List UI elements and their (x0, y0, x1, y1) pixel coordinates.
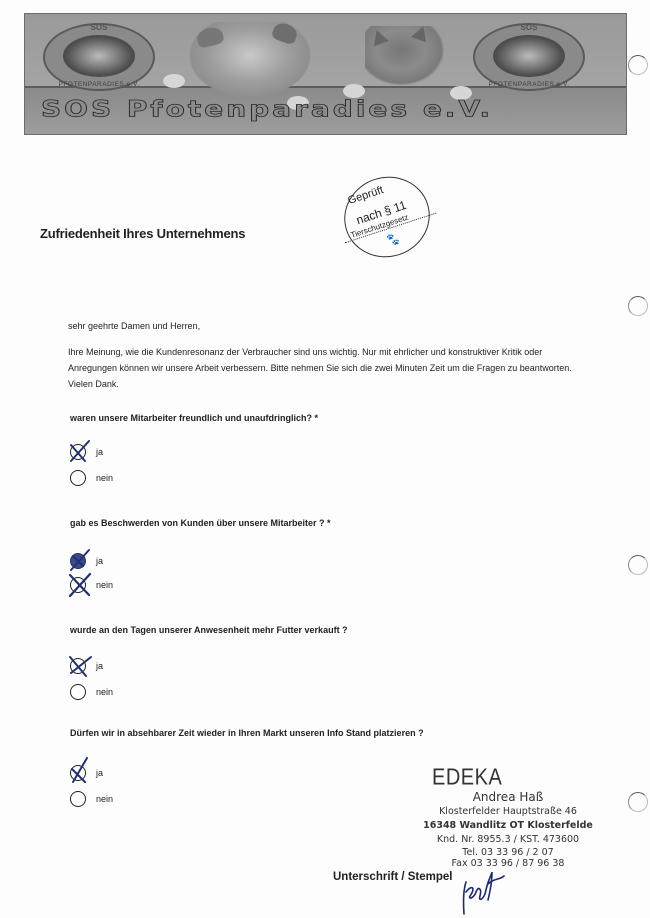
badge-top-text: SOS (475, 23, 583, 32)
question-1: waren unsere Mitarbeiter freundlich und … (70, 413, 318, 423)
option-label: ja (96, 447, 103, 457)
intro-line: Ihre Meinung, wie die Kundenresonanz der… (68, 344, 628, 360)
q1-option-ja[interactable]: ja (70, 443, 103, 461)
radio-circle[interactable] (70, 684, 86, 700)
q2-option-ja[interactable]: ja (70, 552, 103, 570)
intro-text: Ihre Meinung, wie die Kundenresonanz der… (68, 344, 628, 392)
form-title: Zufriedenheit Ihres Unternehmens (40, 226, 245, 241)
greeting: sehr geehrte Damen und Herren, (68, 318, 200, 334)
cross-mark-icon (67, 572, 93, 598)
punch-hole (628, 55, 648, 75)
punch-hole (628, 792, 648, 812)
logo-badge-right: SOS PFOTENPARADIES e.V. (473, 23, 585, 91)
intro-line: Anregungen können wir unsere Arbeit verb… (68, 360, 628, 376)
question-3: wurde an den Tagen unserer Anwesenheit m… (70, 625, 348, 635)
cross-mark-icon (67, 653, 93, 679)
punch-hole (628, 555, 648, 575)
q1-option-nein[interactable]: nein (70, 469, 113, 487)
store-phone: Tel. 03 33 96 / 2 07 (410, 847, 606, 858)
logo-badge-left: SOS PFOTENPARADIES e.V. (43, 23, 155, 91)
option-label: nein (96, 473, 113, 483)
radio-circle-scribbled[interactable] (70, 553, 86, 569)
store-contact-name: Andrea Haß (410, 790, 606, 804)
question-2: gab es Beschwerden von Kunden über unser… (70, 518, 331, 528)
q4-option-ja[interactable]: ja (70, 764, 103, 782)
store-fax: Fax 03 33 96 / 87 96 38 (410, 858, 606, 869)
question-4: Dürfen wir in absehbarer Zeit wieder in … (70, 728, 424, 738)
inspection-seal: Geprüft nach § 11 Tierschutzgesetz 🐾 (334, 166, 441, 269)
radio-circle[interactable] (70, 791, 86, 807)
option-label: ja (96, 556, 103, 566)
option-label: ja (96, 768, 103, 778)
check-cross-mark-icon (67, 760, 93, 786)
header-banner: SOS PFOTENPARADIES e.V. SOS PFOTENPARADI… (24, 13, 627, 135)
intro-line: Vielen Dank. (68, 376, 628, 392)
option-label: nein (96, 687, 113, 697)
option-label: nein (96, 580, 113, 590)
option-label: ja (96, 661, 103, 671)
q4-option-nein[interactable]: nein (70, 790, 113, 808)
globe-icon (63, 35, 135, 77)
radio-circle[interactable] (70, 765, 86, 781)
signature-label: Unterschrift / Stempel (333, 871, 453, 883)
badge-bottom-text: PFOTENPARADIES e.V. (475, 81, 583, 88)
seal-line1: Geprüft (346, 184, 385, 207)
store-city: 16348 Wandlitz OT Klosterfelde (410, 820, 606, 831)
handwritten-signature (458, 870, 508, 916)
organization-title: SOS Pfotenparadies e.V. (41, 96, 616, 122)
dog-paw (163, 74, 185, 88)
cross-mark-icon (67, 548, 93, 574)
cross-mark-icon (67, 439, 93, 465)
badge-top-text: SOS (45, 23, 153, 32)
store-customer-number: Knd. Nr. 8955.3 / KST. 473600 (410, 834, 606, 845)
q3-option-ja[interactable]: ja (70, 657, 103, 675)
radio-circle[interactable] (70, 444, 86, 460)
radio-circle[interactable] (70, 577, 86, 593)
q3-option-nein[interactable]: nein (70, 683, 113, 701)
globe-icon (493, 35, 565, 77)
store-brand: EDEKA (432, 765, 502, 791)
q2-option-nein[interactable]: nein (70, 576, 113, 594)
radio-circle[interactable] (70, 658, 86, 674)
paw-icon: 🐾 (386, 233, 400, 246)
punch-hole (628, 296, 648, 316)
store-street: Klosterfelder Hauptstraße 46 (410, 806, 606, 817)
radio-circle[interactable] (70, 470, 86, 486)
option-label: nein (96, 794, 113, 804)
badge-bottom-text: PFOTENPARADIES e.V. (45, 81, 153, 88)
